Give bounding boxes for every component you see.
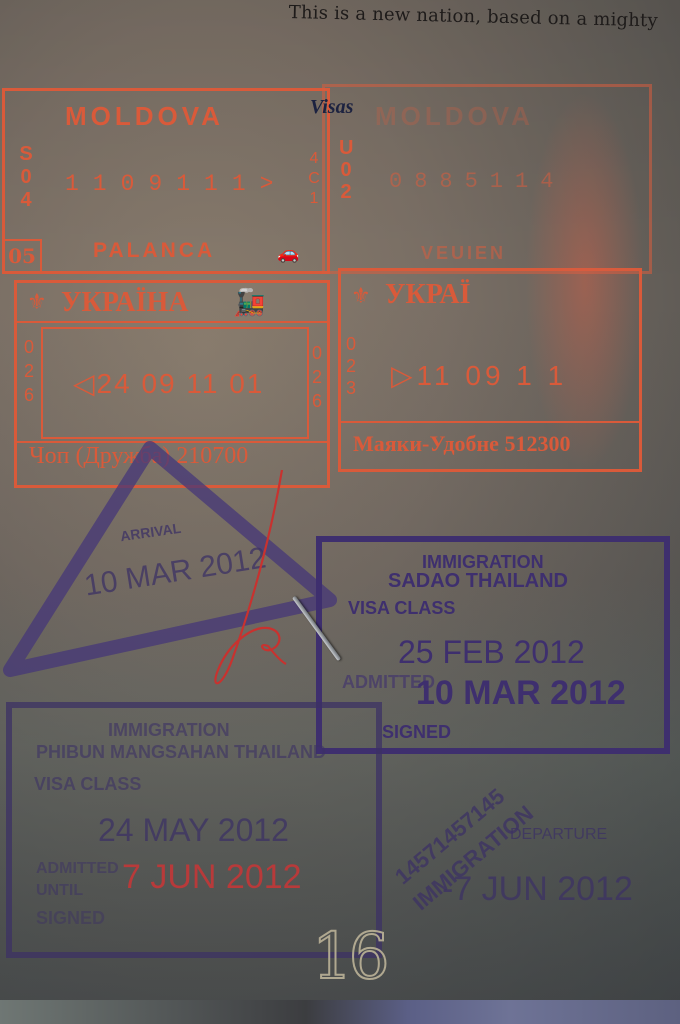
stamp-left-code: 0 2 6 [23,335,35,407]
stamp-country: MOLDOVA [375,101,534,132]
stamp-left-code: 0 2 3 [345,333,357,399]
train-icon: 🚂 [233,287,265,318]
stamp-country: УКРАЇ [385,279,471,311]
ink-smudge [525,91,645,471]
bottom-edge [0,1000,680,1024]
stamp-checkpoint: PALANCA [93,239,215,263]
stamp-label: DEPARTURE [510,826,607,844]
stamp-right-code: 0 2 6 [311,341,323,413]
stamp-country: MOLDOVA [65,101,224,132]
stamp-date: ▷11 09 1 1 [391,359,567,392]
trident-icon: ⚜ [27,289,47,315]
stamp-left-code: S 0 4 [19,143,33,212]
stamp-left-code: U 0 2 [339,137,353,203]
admitted-label: ADMITTED UNTIL [36,858,116,902]
stamp-checkpoint: VEUIEN [421,243,506,264]
stamp-date: 25 FEB 2012 [398,634,585,671]
car-icon: 🚗 [277,243,299,264]
stamp-corner-code: 05 [2,239,42,273]
checkpoint-code: 512300 [504,431,570,456]
stamp-line-2: SADAO THAILAND [388,570,568,593]
stamp-number: 1109111> [65,171,287,197]
stamp-date: ◁24 09 11 01 [73,367,264,400]
stamp-line-1: IMMIGRATION [108,720,230,741]
checkpoint-name: Маяки-Удобне [353,431,499,456]
stamp-checkpoint: Маяки-Удобне 512300 [353,431,570,457]
ukraine-stamp-2: ⚜ УКРАЇ 0 2 3 ▷11 09 1 1 Маяки-Удобне 51… [338,268,642,472]
moldova-entry-stamp: MOLDOVA S 0 4 4 C 1 1109111> 05 PALANCA … [2,88,330,274]
stamp-right-code: 4 C 1 [307,149,321,209]
visa-class-label: VISA CLASS [348,598,455,619]
stamp-date: 24 MAY 2012 [98,812,289,849]
visa-class-label: VISA CLASS [34,774,141,795]
signed-label: SIGNED [382,722,451,743]
section-title: Visas [310,96,353,119]
departure-stamp: 14571457145 IMMIGRATION DEPARTURE -7 JUN… [380,740,680,940]
stamp-date: -7 JUN 2012 [442,870,633,909]
triangle-arrival-stamp: ARRIVAL 10 MAR 2012 [0,440,340,690]
admitted-until-date: 10 MAR 2012 [416,674,626,713]
signed-label: SIGNED [36,908,105,929]
trident-icon: ⚜ [351,283,371,309]
admitted-until-date: 7 JUN 2012 [122,858,302,897]
stamp-country: УКРАЇНА [61,287,189,319]
page-number: 16 [312,920,385,994]
stamp-line-2: PHIBUN MANGSAHAN THAILAND [36,742,326,763]
